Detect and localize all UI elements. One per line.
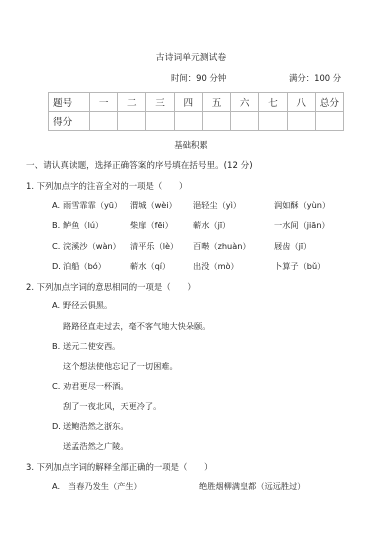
score-cell-8 — [287, 112, 315, 131]
q1-option-c-item: 百啭（zhuàn） — [193, 241, 251, 252]
q1-option-d-item: 卜算子（bǔ） — [274, 261, 325, 272]
q1-option-d-item: 蕲水（qí） — [130, 261, 170, 272]
q3-option-a-item: 绝胜烟柳满皇都（远远胜过） — [199, 481, 305, 492]
score-table-score-row: 得分 — [49, 112, 344, 131]
q2-option-b-line1: 送元二使安西。 — [63, 341, 120, 352]
q1-option-d-item: 泊船（bó） — [63, 261, 106, 272]
q2-option-c-label: C. — [52, 381, 60, 391]
question-2-stem: 2. 下列加点字词的意思相同的一项是（ ） — [26, 281, 196, 293]
score-table-cell: 题号 — [49, 93, 90, 112]
q1-option-a-item: 润如酥（yùn） — [274, 200, 330, 211]
score-cell-6 — [231, 112, 259, 131]
q1-option-c-item: 浣溪沙（wàn） — [63, 241, 121, 252]
q2-option-c-line1: 劝君更尽一杯酒。 — [63, 381, 129, 392]
q2-option-a-line1: 野径云俱黑。 — [63, 300, 112, 311]
q1-option-d-item: 出没（mò） — [193, 261, 239, 272]
score-table-cell: 五 — [202, 93, 230, 112]
score-table-cell: 一 — [90, 93, 118, 112]
score-cell-7 — [259, 112, 287, 131]
q1-option-b-item: 鲈鱼（lú） — [63, 220, 103, 231]
score-table-cell: 得分 — [49, 112, 90, 131]
score-cell-4 — [174, 112, 202, 131]
q2-option-a-label: A. — [52, 300, 60, 310]
section-heading: 基础积累 — [0, 139, 382, 151]
q1-option-c-item: 清平乐（lè） — [130, 241, 178, 252]
score-table-cell: 六 — [231, 93, 259, 112]
q1-option-a-item: 雨雪霏霏（yū） — [63, 200, 122, 211]
part-one-heading: 一、请认真读题，选择正确答案的序号填在括号里。(12 分) — [26, 159, 253, 171]
score-table: 题号 一 二 三 四 五 六 七 八 总分 得分 — [48, 92, 344, 131]
score-cell-2 — [118, 112, 146, 131]
question-3-stem: 3. 下列加点字词的解释全部正确的一项是（ ） — [26, 461, 213, 473]
q1-option-c-label: C. — [52, 241, 60, 251]
q1-option-b-item: 柴扉（fēi） — [130, 220, 173, 231]
q2-option-a-line2: 路路径直走过去，毫不客气地大快朵颐。 — [63, 321, 210, 332]
exam-time: 时间：90 分钟 — [171, 72, 226, 84]
score-table-cell: 三 — [146, 93, 174, 112]
q2-option-d-label: D. — [52, 421, 61, 431]
score-table-cell: 七 — [259, 93, 287, 112]
score-cell-1 — [90, 112, 118, 131]
score-table-cell: 四 — [174, 93, 202, 112]
score-cell-total — [315, 112, 343, 131]
q1-option-b-label: B. — [52, 220, 60, 230]
q2-option-b-line2: 这个想法使他忘记了一切困难。 — [63, 361, 178, 372]
document-title: 古诗词单元测试卷 — [0, 50, 382, 63]
q1-option-a-item: 渭城（wèi） — [130, 200, 177, 211]
q1-option-b-item: 一水间（jiān） — [274, 220, 330, 231]
score-table-cell: 总分 — [315, 93, 343, 112]
q2-option-d-line1: 送鲍浩然之浙东。 — [63, 421, 129, 432]
score-table-header-row: 题号 一 二 三 四 五 六 七 八 总分 — [49, 93, 344, 112]
q2-option-c-line2: 刮了一夜北风，天更冷了。 — [63, 401, 161, 412]
score-table-cell: 二 — [118, 93, 146, 112]
question-1-stem: 1. 下列加点字的注音全对的一项是（ ） — [26, 180, 187, 192]
q1-option-c-item: 屐齿（jī） — [274, 241, 311, 252]
q1-option-b-item: 蕲水（jī） — [193, 220, 230, 231]
score-cell-3 — [146, 112, 174, 131]
q3-option-a-item: 当春乃发生（产生） — [68, 481, 142, 492]
q1-option-a-label: A. — [52, 200, 60, 210]
score-table-cell: 八 — [287, 93, 315, 112]
full-score: 满分：100 分 — [289, 72, 341, 84]
q1-option-d-label: D. — [52, 261, 61, 271]
q3-option-a-label: A. — [52, 481, 60, 491]
q2-option-d-line2: 送孟浩然之广陵。 — [63, 441, 129, 452]
q1-option-a-item: 浥轻尘（yì） — [193, 200, 241, 211]
score-cell-5 — [202, 112, 230, 131]
q2-option-b-label: B. — [52, 341, 60, 351]
